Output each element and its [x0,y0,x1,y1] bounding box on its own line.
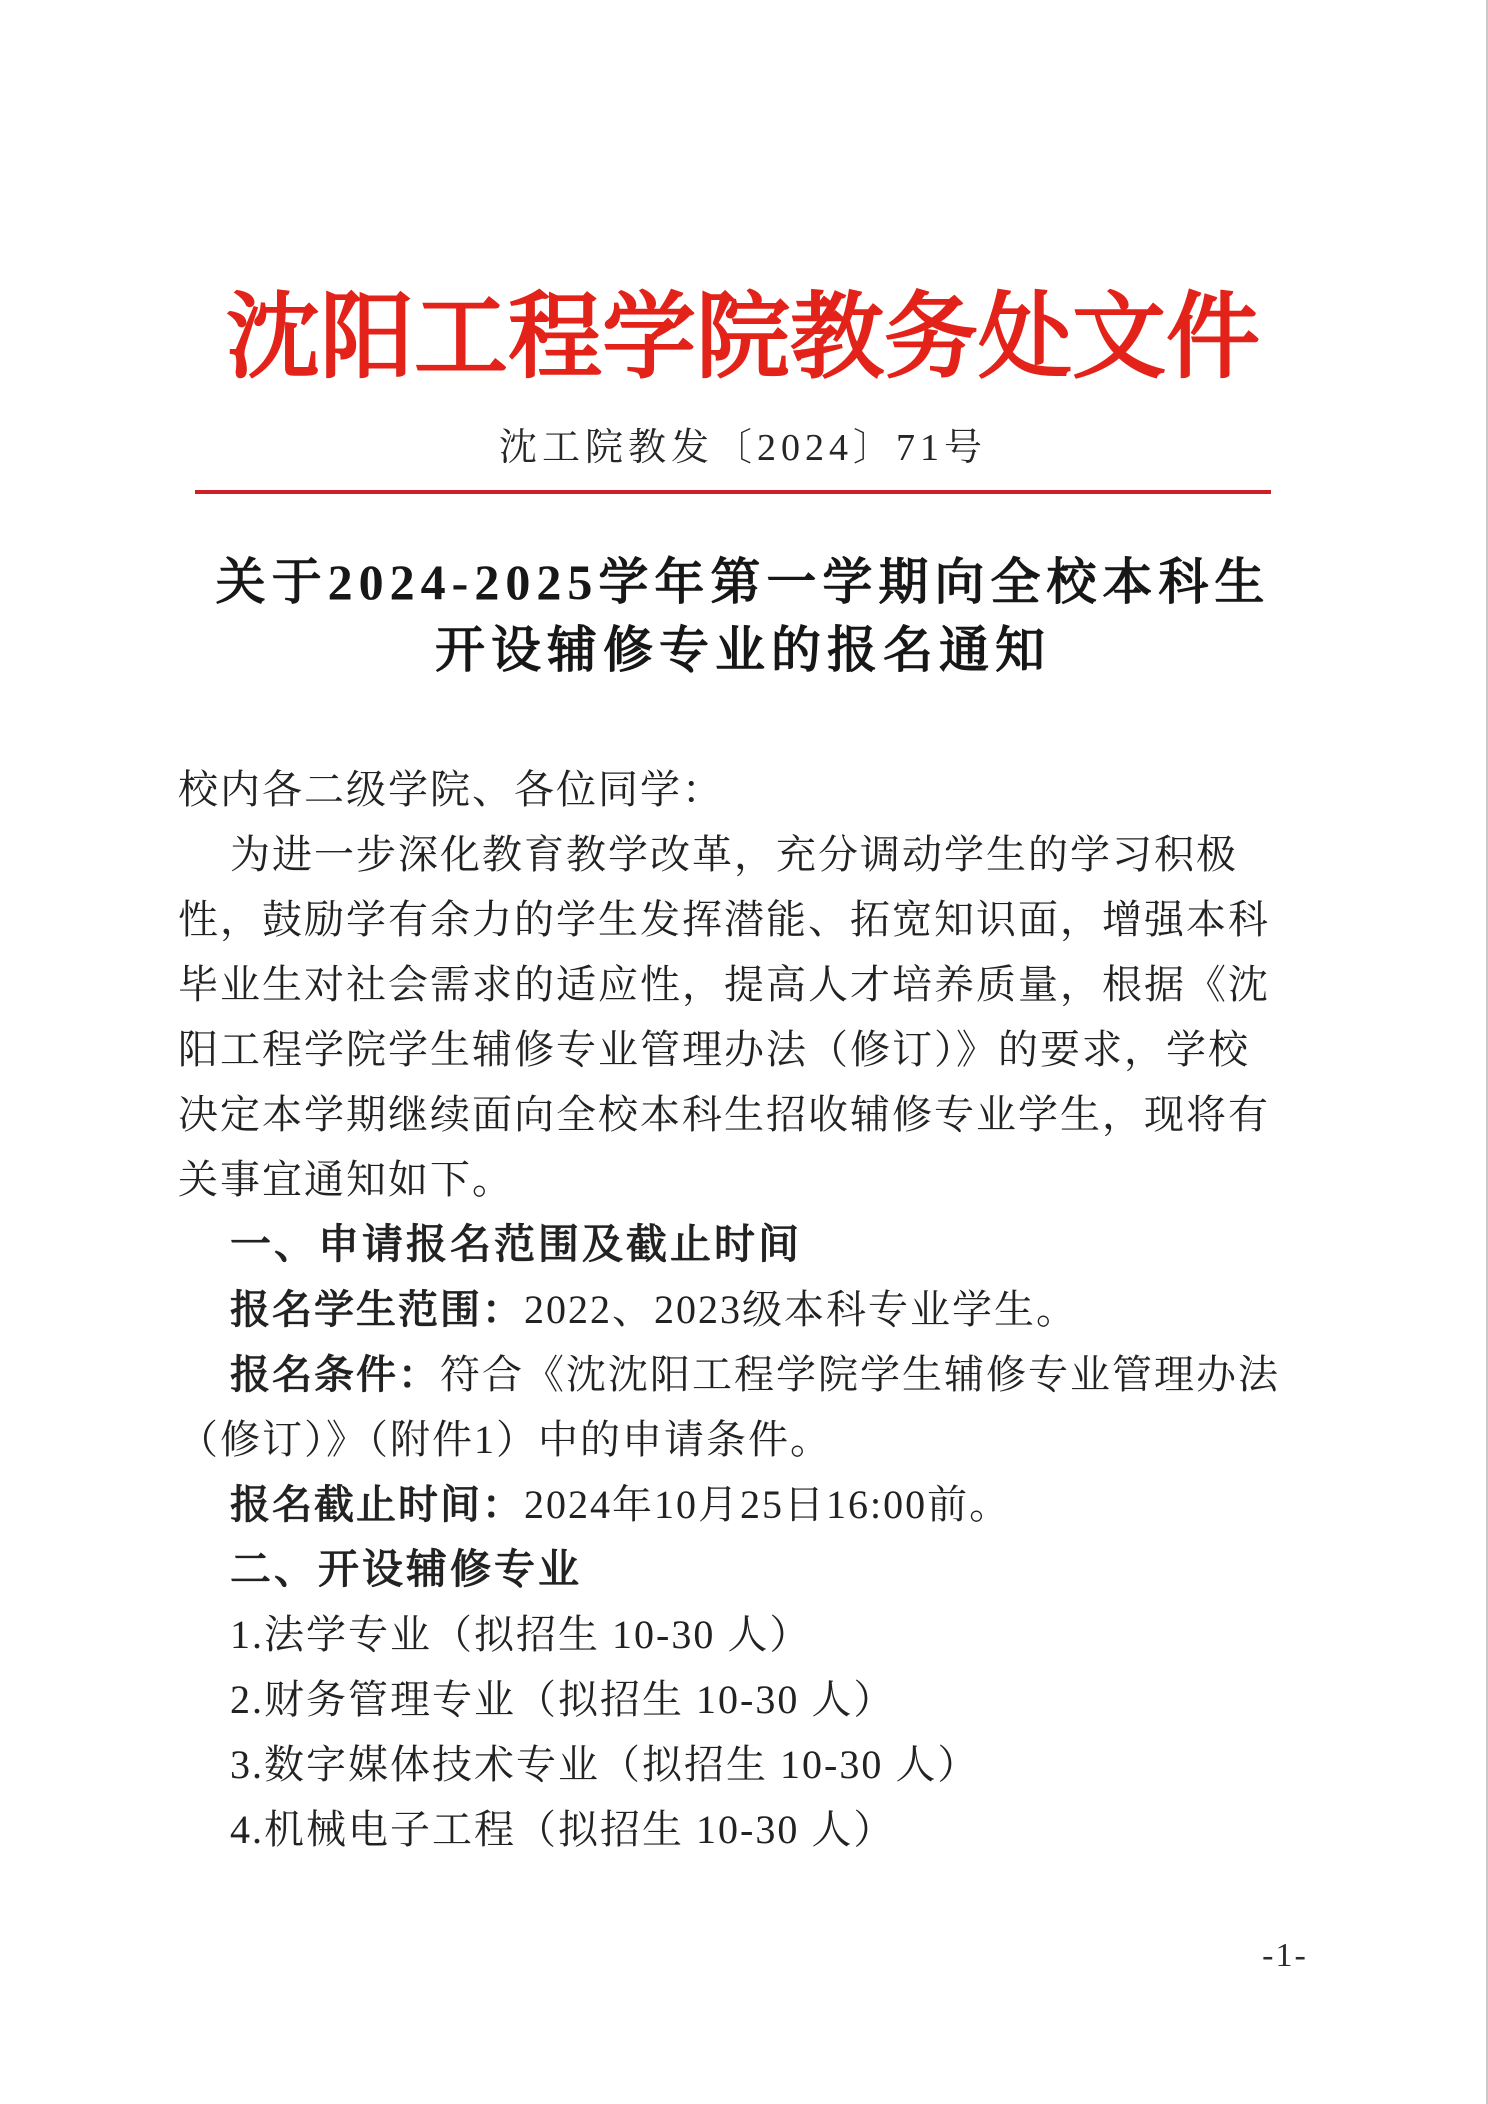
deadline-line: 报名截止时间：2024年10月25日16:00前。 [178,1472,1300,1537]
paragraph-line: 性，鼓励学有余力的学生发挥潜能、拓宽知识面，增强本科 [178,887,1300,952]
condition-continuation-line: （修订）》（附件1）中的申请条件。 [178,1407,1300,1472]
scope-label: 报名学生范围： [230,1288,524,1332]
scope-line: 报名学生范围：2022、2023级本科专业学生。 [178,1277,1300,1342]
condition-line: 报名条件：符合《沈沈阳工程学院学生辅修专业管理办法 [178,1342,1300,1407]
paragraph-line: 阳工程学院学生辅修专业管理办法（修订）》的要求，学校 [178,1017,1300,1082]
section1-heading: 一、申请报名范围及截止时间 [178,1212,1300,1277]
paragraph-line: 关事宜通知如下。 [178,1147,1300,1212]
deadline-label: 报名截止时间： [230,1483,524,1527]
major-list-item: 3.数字媒体技术专业（拟招生 10-30 人） [178,1732,1300,1797]
deadline-value: 2024年10月25日16:00前。 [524,1482,1011,1527]
red-divider-rule [195,490,1271,494]
document-reference-number: 沈工院教发〔2024〕71号 [0,424,1486,472]
page-number: -1- [1230,1936,1340,1976]
condition-label: 报名条件： [230,1353,440,1397]
salutation-line: 校内各二级学院、各位同学： [178,757,1300,822]
paragraph-line: 决定本学期继续面向全校本科生招收辅修专业学生，现将有 [178,1082,1300,1147]
document-page: 沈阳工程学院教务处文件 沈工院教发〔2024〕71号 关于2024-2025学年… [0,0,1488,2104]
paragraph-line: 毕业生对社会需求的适应性，提高人才培养质量，根据《沈 [178,952,1300,1017]
condition-value: 符合《沈沈阳工程学院学生辅修专业管理办法 [440,1352,1280,1397]
letterhead-title: 沈阳工程学院教务处文件 [0,283,1486,393]
major-list-item: 2.财务管理专业（拟招生 10-30 人） [178,1667,1300,1732]
section2-heading: 二、开设辅修专业 [178,1537,1300,1602]
document-body: 校内各二级学院、各位同学： 为进一步深化教育教学改革，充分调动学生的学习积极 性… [178,757,1300,1862]
document-title-line2: 开设辅修专业的报名通知 [0,616,1486,684]
major-list-item: 4.机械电子工程（拟招生 10-30 人） [178,1797,1300,1862]
document-title: 关于2024-2025学年第一学期向全校本科生 开设辅修专业的报名通知 [0,548,1486,684]
document-title-line1: 关于2024-2025学年第一学期向全校本科生 [0,548,1486,616]
paragraph-line: 为进一步深化教育教学改革，充分调动学生的学习积极 [178,822,1300,887]
major-list-item: 1.法学专业（拟招生 10-30 人） [178,1602,1300,1667]
scope-value: 2022、2023级本科专业学生。 [524,1287,1078,1332]
